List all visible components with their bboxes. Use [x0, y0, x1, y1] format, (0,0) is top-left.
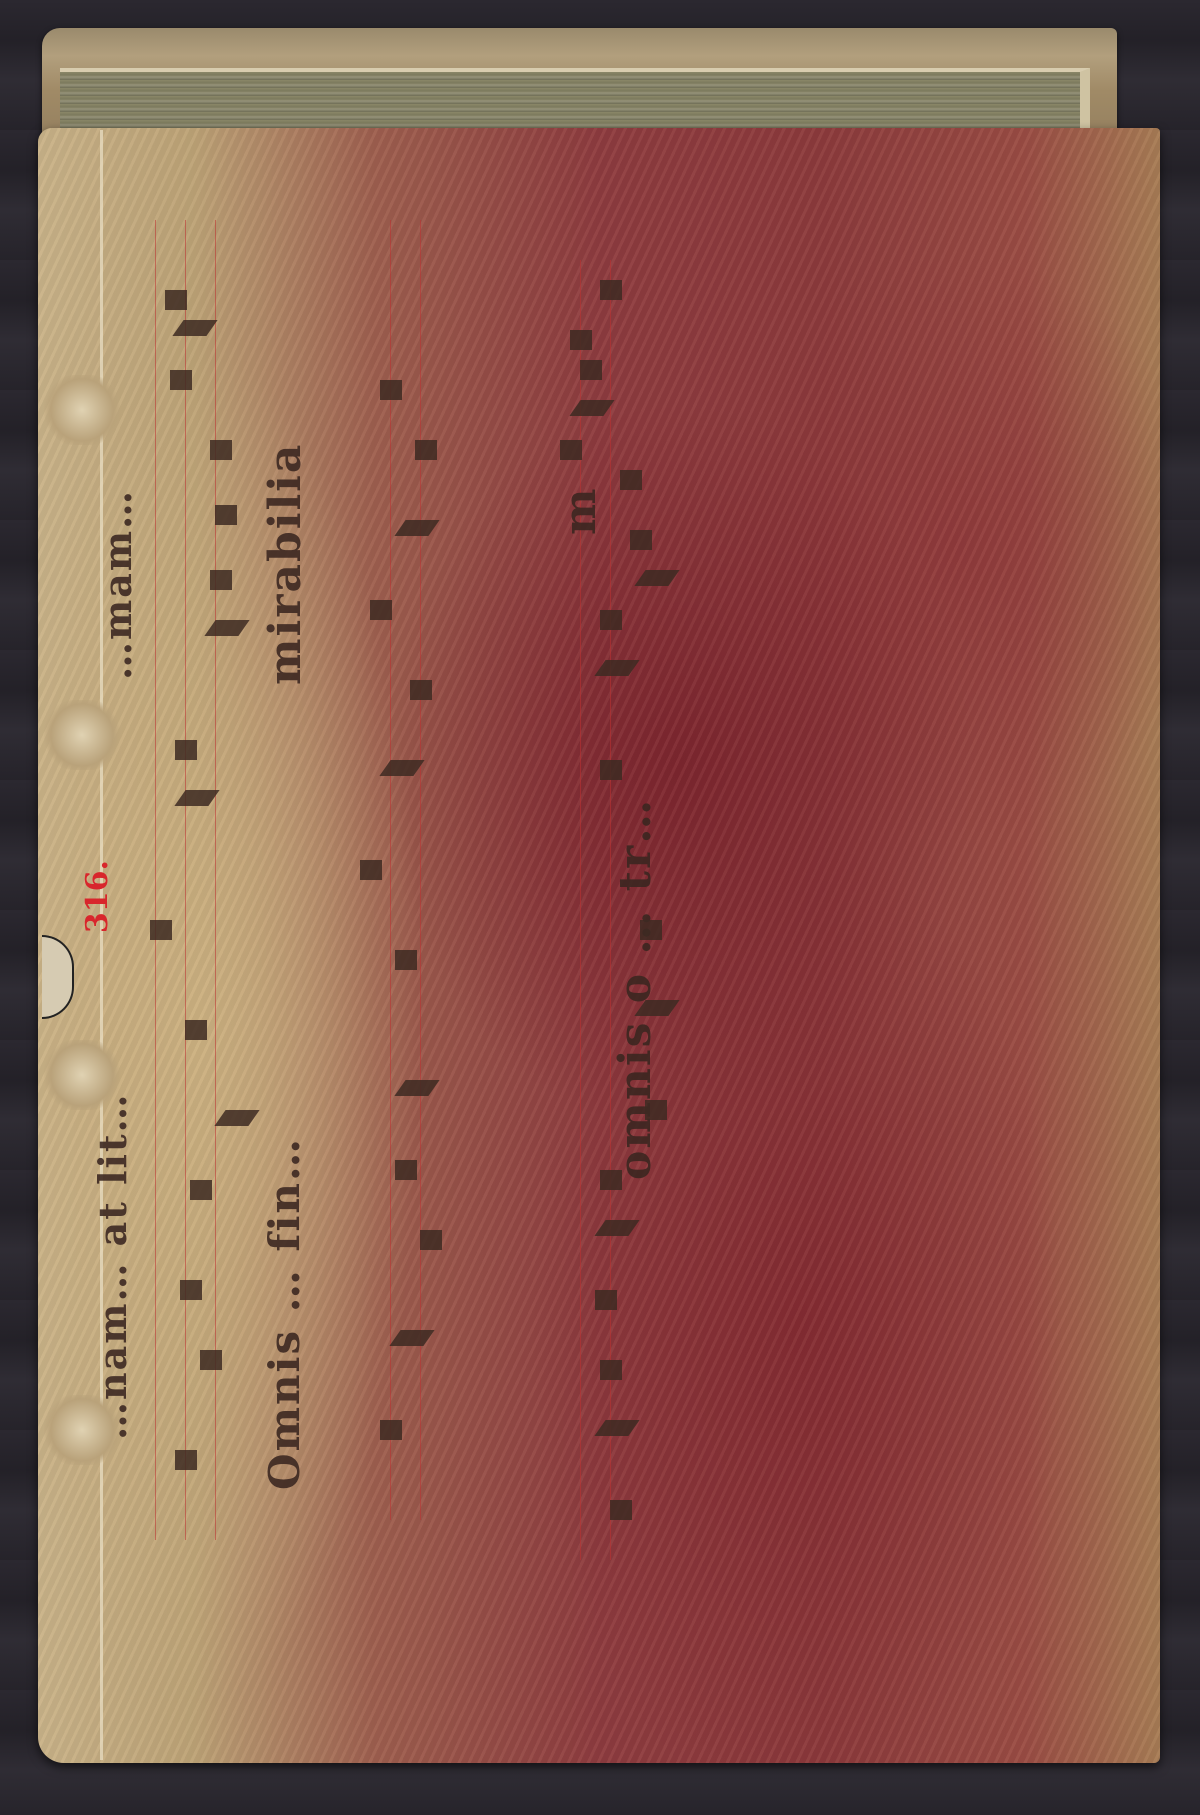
spine-band-2: [44, 700, 120, 770]
neume: [610, 1500, 632, 1520]
spine-text-lower: …nam… at lit…: [90, 1060, 135, 1440]
text-mirabilia: mirabilia: [260, 355, 311, 685]
staff-rule: [420, 220, 421, 1520]
staff-rule: [185, 220, 186, 1540]
neume: [380, 1420, 402, 1440]
neume: [420, 1230, 442, 1250]
neume: [600, 610, 622, 630]
text-m: m: [555, 465, 606, 535]
neume: [360, 860, 382, 880]
neume: [410, 680, 432, 700]
neume: [380, 380, 402, 400]
neume: [620, 470, 642, 490]
neume: [185, 1020, 207, 1040]
neume: [415, 440, 437, 460]
text-omnis: Omnis … fin…: [260, 1020, 309, 1490]
neume: [640, 920, 662, 940]
neume: [180, 1280, 202, 1300]
neume: [190, 1180, 212, 1200]
neume: [560, 440, 582, 460]
spine-text: …mam…: [95, 360, 140, 680]
neume: [580, 360, 602, 380]
staff-rule: [215, 220, 216, 1540]
neume: [600, 1170, 622, 1190]
neume: [595, 1290, 617, 1310]
neume: [600, 760, 622, 780]
staff-rule: [155, 220, 156, 1540]
neume: [395, 1160, 417, 1180]
neume: [150, 920, 172, 940]
neume: [600, 280, 622, 300]
neume: [215, 505, 237, 525]
neume: [570, 330, 592, 350]
neume: [200, 1350, 222, 1370]
staff-rule: [390, 220, 391, 1520]
neume: [600, 1360, 622, 1380]
neume: [175, 1450, 197, 1470]
neume: [210, 570, 232, 590]
neume: [370, 600, 392, 620]
shelfmark: 316.: [80, 860, 115, 933]
neume: [170, 370, 192, 390]
neume: [165, 290, 187, 310]
neume: [645, 1100, 667, 1120]
neume: [395, 950, 417, 970]
neume: [175, 740, 197, 760]
neume: [210, 440, 232, 460]
neume: [630, 530, 652, 550]
